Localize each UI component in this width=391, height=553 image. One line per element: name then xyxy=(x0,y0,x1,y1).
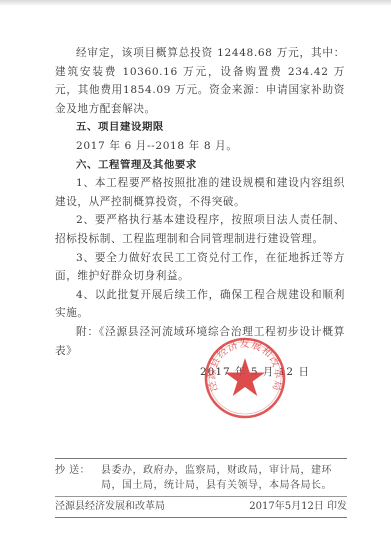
paragraph-requirement-4: 4、以此批复开展后续工作，确保工程合规建设和顺利实施。 xyxy=(55,286,345,323)
cc-list-line-2: 局，国土局，统计局，县有关领导，本局各局长。 xyxy=(55,478,347,493)
heading-project-period: 五、项目建设期限 xyxy=(55,118,345,137)
document-body: 经审定，该项目概算总投资 12448.68 万元，其中：建筑安装费 10360.… xyxy=(55,44,345,360)
paragraph-requirement-2: 2、要严格执行基本建设程序，按照项目法人责任制、招标投标制、工程监理制和合同管理… xyxy=(55,211,345,248)
paragraph-period: 2017 年 6 月--2018 年 8 月。 xyxy=(55,137,345,156)
issue-line: 泾源县经济发展和改革局 2017年5月12日 印发 xyxy=(55,497,347,517)
document-footer: 抄 送： 县委办，政府办，监察局，财政局，审计局，建环 局，国土局，统计局，县有… xyxy=(55,458,347,518)
scan-edge-shadow xyxy=(0,0,391,6)
paragraph-requirement-1: 1、本工程要严格按照批准的建设规模和建设内容组织建设，从严控制概算投资，不得突破… xyxy=(55,174,345,211)
seal-stamp-icon: 泾源县经济发展和改革局 xyxy=(203,336,287,420)
issuer-name: 泾源县经济发展和改革局 xyxy=(55,500,165,514)
cc-label: 抄 送： xyxy=(55,463,101,478)
issue-date: 2017年5月12日 印发 xyxy=(249,500,347,514)
paragraph-requirement-3: 3、要全力做好农民工工资兑付工作，在征地拆迁等方面，维护好群众切身利益。 xyxy=(55,249,345,286)
paragraph-attachment: 附：《泾源县泾河流域环境综合治理工程初步设计概算表》 xyxy=(55,323,345,360)
cc-recipients: 抄 送： 县委办，政府办，监察局，财政局，审计局，建环 局，国土局，统计局，县有… xyxy=(55,459,347,496)
official-seal: 泾源县经济发展和改革局 xyxy=(203,336,287,420)
paragraph-investment: 经审定，该项目概算总投资 12448.68 万元，其中：建筑安装费 10360.… xyxy=(55,44,345,118)
heading-management-requirements: 六、工程管理及其他要求 xyxy=(55,156,345,175)
cc-list-line-1: 县委办，政府办，监察局，财政局，审计局，建环 xyxy=(101,463,332,478)
footer-rule-bottom xyxy=(55,517,347,518)
